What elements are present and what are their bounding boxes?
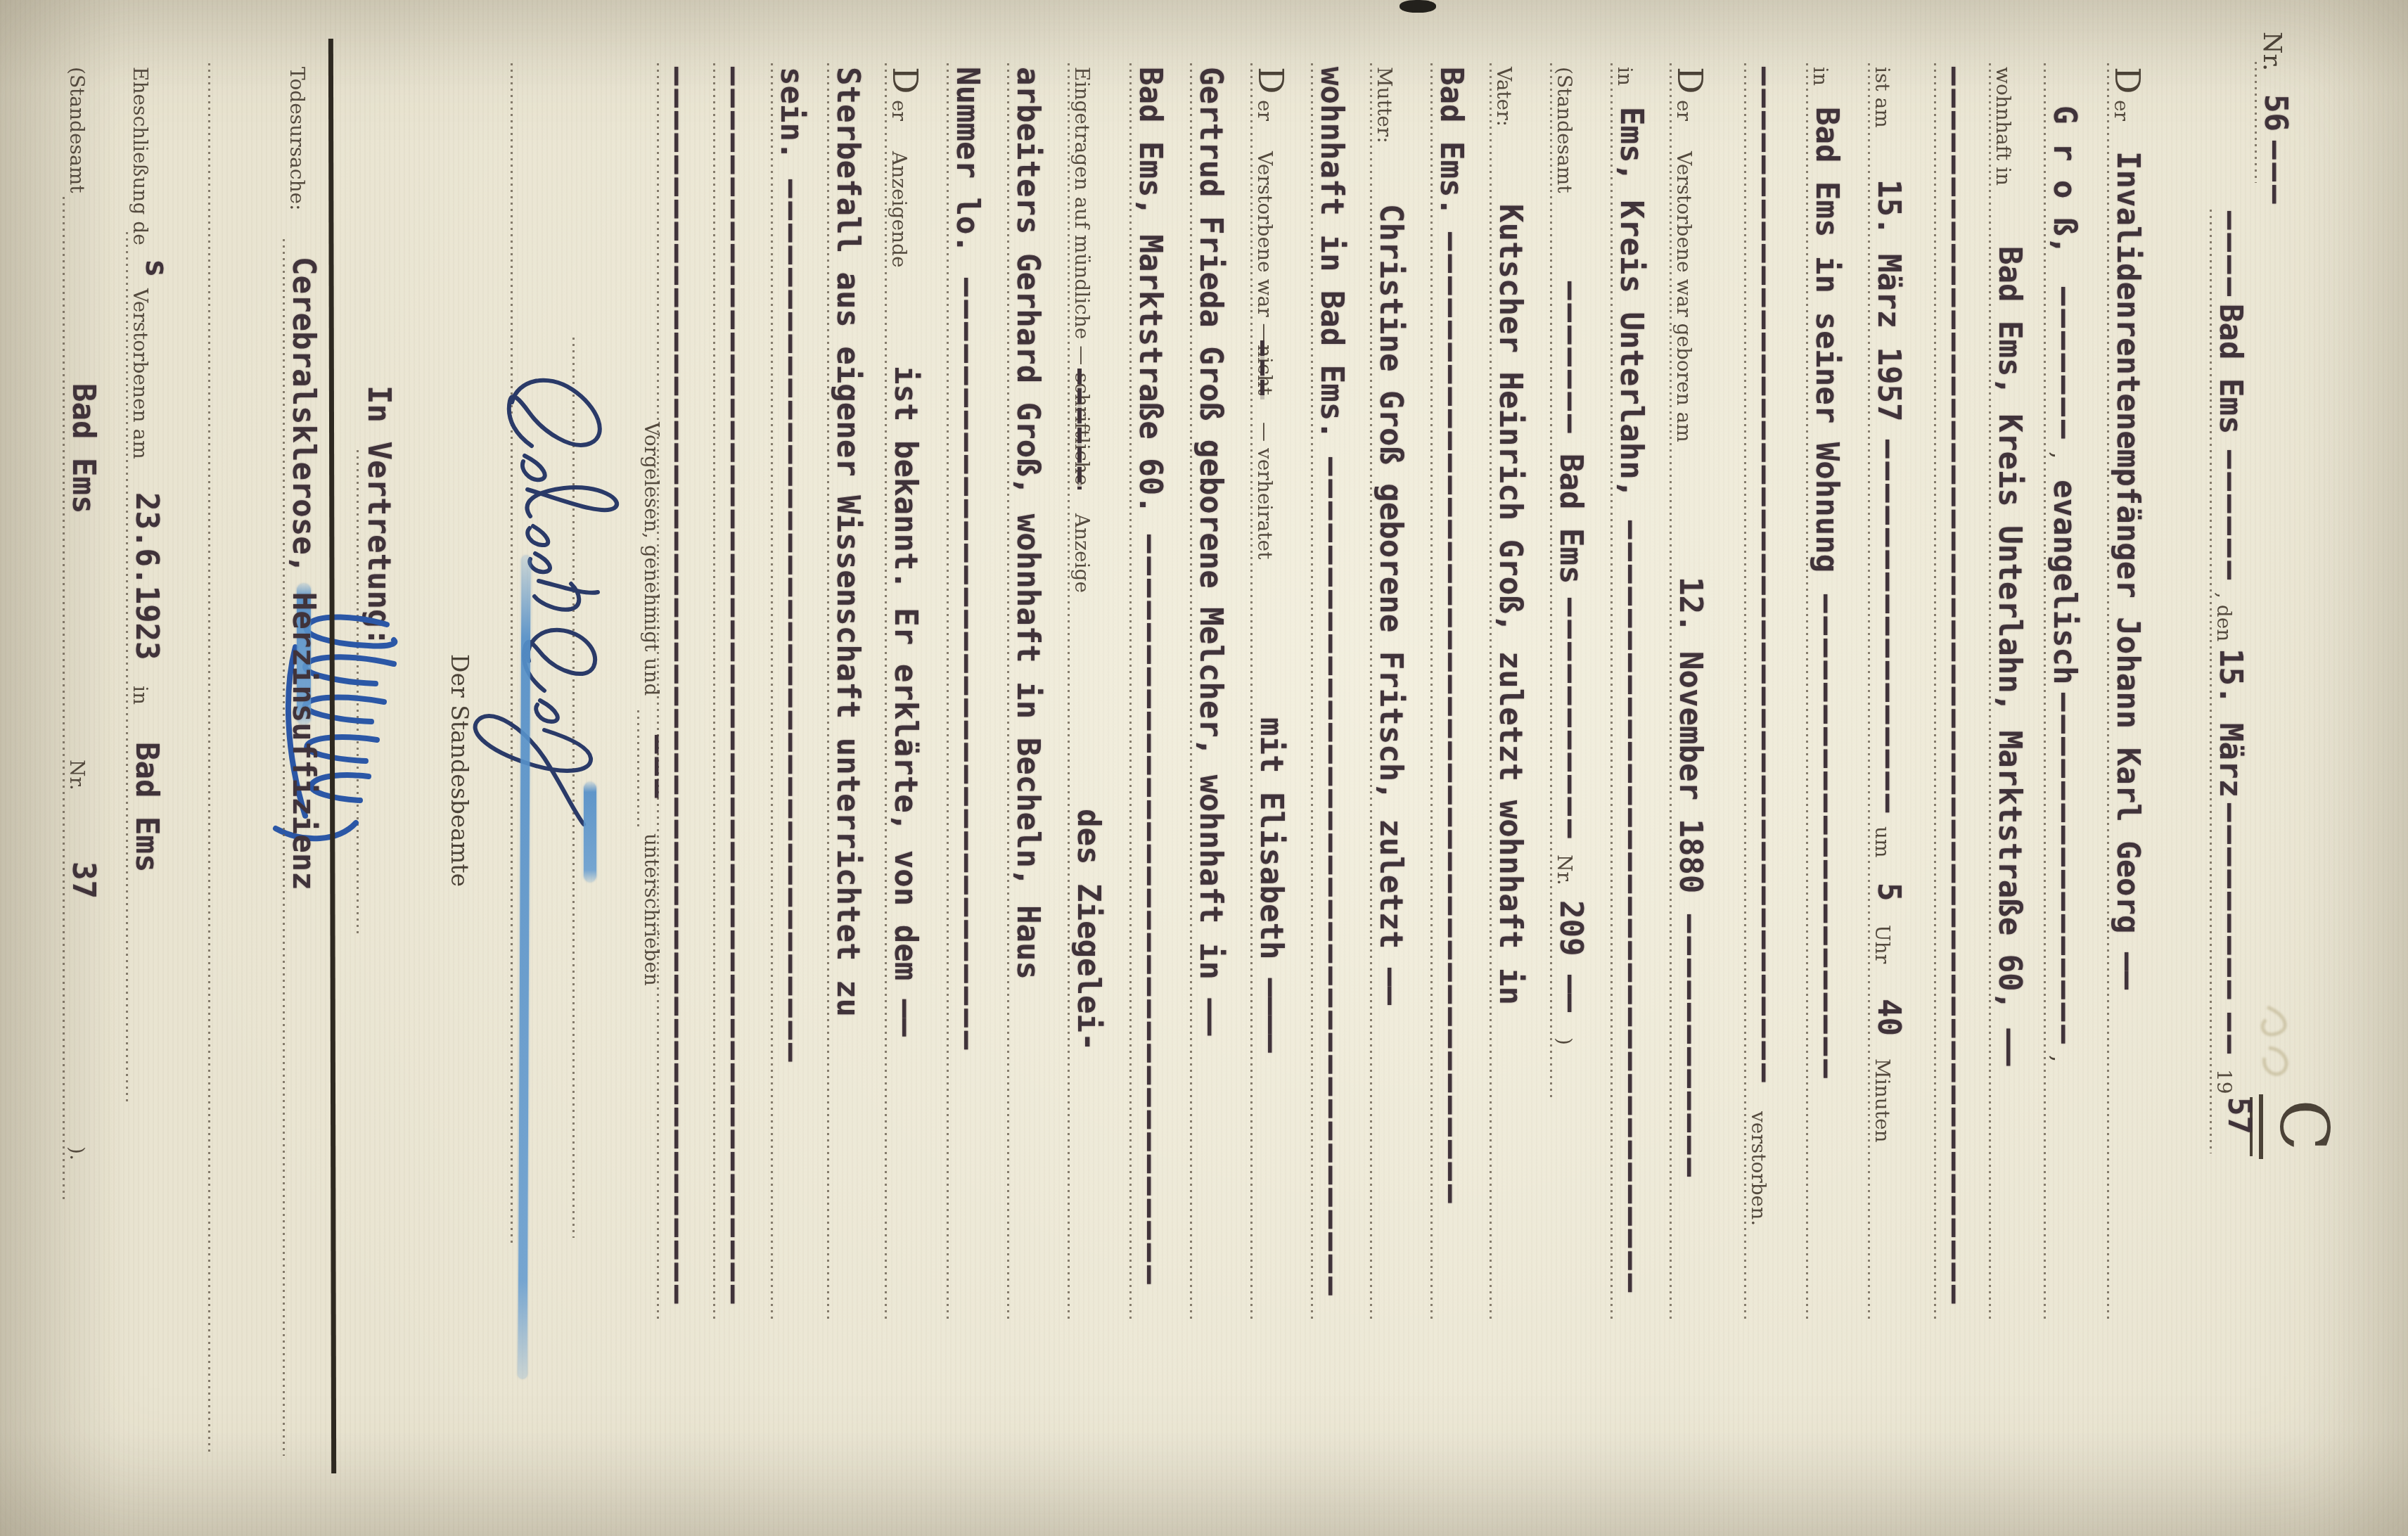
- dashes: ——————————————————————: [1809, 594, 1845, 1082]
- line-death-date: ist am 15. März 1957 ————————————————— u…: [1865, 0, 1907, 1536]
- anzeigende-label: Anzeigende: [888, 151, 911, 268]
- nr-label: Nr.: [65, 760, 89, 791]
- spouse-name: Gertrud Frieda Groß geborene Melcher, wo…: [1193, 67, 1229, 1036]
- line-statement-2: Sterbefall aus eigener Wissenschaft unte…: [824, 0, 866, 1536]
- dashes: ————————————————————————————————————————…: [1747, 67, 1783, 1086]
- line-verstorben: ————————————————————————————————————————…: [1741, 0, 1783, 1536]
- dashes: ———————: [1553, 281, 1589, 436]
- dotted-rule: [947, 63, 949, 1322]
- marriage-date: 23.6.1923: [129, 492, 165, 660]
- der-er: er: [888, 100, 911, 121]
- dotted-rule: [1068, 63, 1070, 1322]
- close-paren: ).: [65, 1146, 89, 1160]
- signature-informant-gerhard-gross: [456, 359, 650, 844]
- dashes: ———————————————————————————————————: [1613, 520, 1649, 1295]
- uhr-label: Uhr: [1871, 925, 1894, 964]
- anzeige-label: Anzeige: [1070, 513, 1094, 593]
- dotted-rule: [1129, 63, 1132, 1322]
- marriage-registry-number: 37: [65, 862, 101, 899]
- standesamt-label: (Standesamt: [1553, 67, 1576, 193]
- der-er: er: [1672, 100, 1696, 121]
- dotted-rule: [1989, 63, 1991, 1322]
- line-filler: ————————————————————————————————————————…: [1931, 0, 1973, 1536]
- standesamt-label: (Standesamt: [65, 67, 89, 193]
- printed-comma: ,: [2047, 1055, 2074, 1063]
- dotted-rule: [2210, 210, 2212, 1153]
- verstorbenen-am-label: Verstorbenen am: [129, 288, 152, 459]
- dashes: ———————————: [1553, 598, 1589, 841]
- dotted-rule: [1934, 63, 1936, 1322]
- dashes: ———————: [2047, 287, 2082, 442]
- line-notice-type: Eingetragen auf mündliche — schriftliche…: [1065, 0, 1107, 1536]
- um-label: um: [1871, 826, 1894, 858]
- ist-am-label: ist am: [1871, 67, 1894, 128]
- line-informant-known: D er Anzeigende ist bekannt. Er erklärte…: [882, 0, 924, 1536]
- dotted-rule: [1430, 63, 1433, 1322]
- registrar-title: Der Standesbeamte: [446, 654, 473, 887]
- dotted-rule: [1610, 63, 1613, 1322]
- verheiratet-label: — verheiratet: [1253, 422, 1276, 559]
- der-d: D: [885, 67, 924, 94]
- line-registrar-title: Der Standesbeamte: [440, 0, 482, 1536]
- minuten-label: Minuten: [1871, 1058, 1894, 1143]
- dotted-rule: [1806, 63, 1808, 1322]
- dashes: ——————————————————————————————————: [1132, 535, 1168, 1288]
- marriage-place: Bad Ems: [129, 742, 165, 872]
- dotted-rule: [63, 197, 65, 1203]
- dashes: ————————————————————————————————————————…: [1433, 232, 1469, 1207]
- line-marital-status: D er Verstorbene war — nicht — verheirat…: [1248, 0, 1290, 1536]
- header-date-line: ———— Bad Ems —————— , den 15. März —————…: [2207, 0, 2249, 1536]
- dashes: —————————————————: [1871, 440, 1907, 816]
- den-label: , den: [2212, 592, 2236, 641]
- c-underline-1: [2259, 1094, 2263, 1159]
- line-mother: Mutter: Christine Groß geborene Fritsch,…: [1367, 0, 1409, 1536]
- mutter-label: Mutter:: [1373, 67, 1396, 143]
- informant-occupation-1: des Ziegelei-: [1070, 809, 1106, 1051]
- line-residence: wohnhaft in Bad Ems, Kreis Unterlahn, Ma…: [1986, 0, 2028, 1536]
- dotted-rule: [2044, 63, 2046, 1322]
- in-label: in: [1809, 67, 1832, 86]
- dotted-rule: [1311, 63, 1313, 1322]
- struck-nicht: nicht: [1253, 345, 1276, 395]
- dashes: ———————————————————————————————————: [949, 278, 985, 1053]
- line-empty-ruled: [205, 0, 248, 1536]
- eheschliessung-label: Eheschließung de: [129, 67, 152, 245]
- crayon-mark-short: [584, 782, 596, 882]
- death-hour: 5: [1871, 883, 1907, 902]
- scanned-death-record: { "document_kind": "Sterbeurkunde Stande…: [0, 0, 2408, 1536]
- residence-value: Bad Ems, Kreis Unterlahn, Marktstraße 60…: [1992, 246, 2028, 1066]
- date-dashes-2: ——: [2212, 1013, 2248, 1057]
- date-dashes: —————————: [2212, 803, 2248, 1002]
- registry-number: 209 ——: [1553, 900, 1589, 1012]
- form-letter-c: C: [2265, 1099, 2343, 1151]
- mother-name: Christine Groß geborene Fritsch, zuletzt…: [1373, 204, 1409, 1005]
- header-nr-line: Nr. 56 ———: [2252, 0, 2294, 1536]
- in-label: in: [1613, 67, 1637, 86]
- filler-dashes: ————————————————————————————————————————…: [716, 67, 752, 1307]
- certificate-page: Nr. 56 ——— C ———— Bad Ems —————— , den 1…: [0, 0, 2408, 1536]
- dashes: ————————————————: [2047, 693, 2082, 1047]
- death-date: 15. März 1957: [1871, 179, 1907, 421]
- close-paren: ): [1553, 1037, 1576, 1045]
- wohnhaft-label: wohnhaft in: [1992, 67, 2015, 186]
- sein-text: sein.: [774, 67, 809, 160]
- dotted-rule: [827, 63, 829, 1322]
- dotted-rule: [2255, 62, 2257, 183]
- dotted-rule: [713, 63, 715, 1322]
- line-deceased-title: D er Invalidenrentenempfänger Johann Kar…: [2104, 0, 2146, 1536]
- issue-date: 15. März: [2212, 648, 2248, 798]
- death-place: Bad Ems in seiner Wohnung: [1809, 107, 1845, 572]
- vater-label: Vater:: [1492, 67, 1516, 127]
- war-label: Verstorbene war —: [1253, 151, 1276, 343]
- father-residence: Bad Ems.: [1433, 67, 1469, 216]
- nr-label: Nr.: [2257, 32, 2286, 71]
- dotted-rule: [1868, 63, 1870, 1322]
- line-cause-of-death: Todesursache: Cerebralsklerose, Herzinsu…: [280, 0, 322, 1536]
- deceased-occupation-name: Invalidenrentenempfänger Johann Karl Geo…: [2110, 151, 2146, 990]
- post-place-dashes: ——————: [2212, 450, 2248, 583]
- line-marriage-of-deceased: Eheschließung de s Verstorbenen am 23.6.…: [123, 0, 165, 1536]
- birth-date: 12. November 1880: [1672, 577, 1708, 893]
- dotted-rule: [1744, 63, 1746, 1322]
- birth-place: Ems, Kreis Unterlahn,: [1613, 107, 1649, 498]
- father-name: Kutscher Heinrich Groß, zuletzt wohnhaft…: [1492, 204, 1528, 1005]
- year-printed: 19: [2212, 1069, 2236, 1094]
- line-spouse: Gertrud Frieda Groß geborene Melcher, wo…: [1187, 0, 1229, 1536]
- in-label: in: [129, 686, 152, 705]
- marriage-registry-place: Bad Ems: [65, 383, 101, 513]
- struck-schriftliche: schriftliche: [1070, 373, 1094, 485]
- line-father: Vater: Kutscher Heinrich Groß, zuletzt w…: [1487, 0, 1529, 1536]
- der-d: D: [2107, 67, 2146, 94]
- line-surname-religion: G r o ß, ——————— , evangelisch —————————…: [2041, 0, 2083, 1536]
- dashes: ————————————: [1672, 914, 1708, 1180]
- house-number: Nummer lo.: [949, 67, 985, 253]
- spouse-first-name: mit Elisabeth ————: [1253, 717, 1289, 1053]
- dashes: ——————————————————————————————————————: [1314, 457, 1350, 1299]
- dotted-rule: [1190, 63, 1192, 1322]
- dotted-rule: [771, 63, 773, 1322]
- line-filler-2: ————————————————————————————————————————…: [710, 0, 752, 1536]
- known-statement: ist bekannt. Er erklärte, von dem ——: [888, 366, 923, 1037]
- cause-of-death-value: Cerebralsklerose, Herzinsuffizienz: [286, 257, 321, 890]
- spouse-residence: Bad Ems, Marktstraße 60.: [1132, 67, 1168, 514]
- dotted-rule: [1490, 63, 1492, 1322]
- death-minute: 40: [1871, 999, 1907, 1036]
- pencil-smudge: [2253, 999, 2303, 1090]
- pre-place-dashes: ————: [2212, 211, 2248, 300]
- page-edge-smudge: [1400, 0, 1436, 13]
- dotted-rule: [1250, 63, 1253, 1322]
- verstorben-label: verstorben.: [1747, 1111, 1770, 1226]
- registry-place: Bad Ems: [1553, 454, 1589, 584]
- nr-dashes: ———: [2257, 141, 2293, 207]
- issue-place: Bad Ems: [2212, 304, 2248, 434]
- religion: evangelisch: [2047, 480, 2082, 684]
- line-statement-3: sein. ——————————————————————————————————…: [768, 0, 810, 1536]
- dotted-rule: [208, 63, 210, 1456]
- filler-dashes: ————————————————————————————————————————…: [1937, 67, 1973, 1307]
- record-number: 56: [2257, 94, 2293, 132]
- dotted-rule: [885, 63, 887, 1322]
- mother-residence: wohnhaft in Bad Ems.: [1314, 67, 1350, 440]
- line-mother-2: wohnhaft in Bad Ems. ———————————————————…: [1308, 0, 1350, 1536]
- line-spouse-residence: Bad Ems, Marktstraße 60. ———————————————…: [1127, 0, 1169, 1536]
- surname-spaced: G r o ß,: [2047, 105, 2082, 255]
- dashes: ————————————————————————————————————————: [774, 179, 809, 1065]
- informant-name: arbeiters Gerhard Groß, wohnhaft in Bech…: [1010, 67, 1046, 980]
- line-birth-date: D er Verstorbene war geboren am 12. Nove…: [1667, 0, 1709, 1536]
- gender-suffix: s: [139, 259, 174, 278]
- eingetragen-label: Eingetragen auf mündliche —: [1070, 67, 1094, 365]
- der-d: D: [1250, 67, 1290, 94]
- line-informant: arbeiters Gerhard Groß, wohnhaft in Bech…: [1004, 0, 1046, 1536]
- line-birth-registry: (Standesamt ——————— Bad Ems ——————————— …: [1547, 0, 1589, 1536]
- geboren-label: Verstorbene war geboren am: [1672, 151, 1696, 442]
- line-birth-place: in Ems, Kreis Unterlahn, ———————————————…: [1608, 0, 1650, 1536]
- der-er: er: [2110, 100, 2133, 121]
- dotted-rule: [1007, 63, 1009, 1322]
- line-father-2: Bad Ems. ———————————————————————————————…: [1428, 0, 1470, 1536]
- der-d: D: [1670, 67, 1709, 94]
- nr-label: Nr.: [1553, 855, 1576, 885]
- dotted-rule: [283, 239, 285, 1456]
- dotted-rule: [1550, 63, 1552, 1097]
- line-death-place: in Bad Ems in seiner Wohnung ———————————…: [1803, 0, 1845, 1536]
- dotted-rule: [126, 232, 128, 1104]
- der-er: er: [1253, 100, 1276, 121]
- statement-text: Sterbefall aus eigener Wissenschaft unte…: [830, 67, 866, 1017]
- dotted-rule: [2107, 63, 2109, 1322]
- line-marriage-registry: (Standesamt Bad Ems Nr. 37 ).: [60, 0, 102, 1536]
- dotted-rule: [1670, 63, 1672, 1322]
- todesursache-label: Todesursache:: [286, 67, 309, 210]
- issue-year: 57: [2221, 1097, 2257, 1134]
- dotted-rule: [1370, 63, 1372, 1322]
- line-informant-address: Nummer lo. —————————————————————————————…: [944, 0, 986, 1536]
- unterschrieben-label: unterschrieben: [640, 833, 663, 986]
- printed-comma: ,: [2047, 452, 2074, 459]
